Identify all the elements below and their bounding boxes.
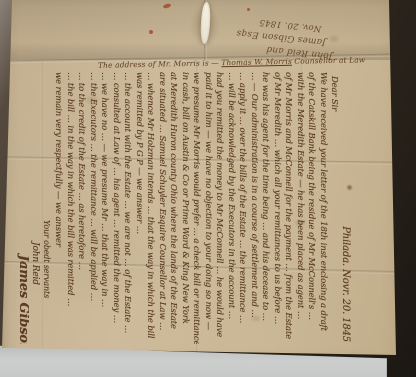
letter-photograph: John Reid and James Gibson Esqs Nov. 20.…: [0, 0, 416, 377]
body-line: … apply it … over the bills of the Estat…: [236, 72, 248, 344]
body-line: … the bill … in the way in which the bil…: [64, 72, 76, 344]
body-line: we remain very respectfully — we answer: [52, 72, 64, 344]
body-line: We have received your letter of the 18th…: [317, 72, 329, 344]
annotation-suffix: Counsellor at Law: [292, 55, 366, 66]
body-line: … consulted at Law of … his agent … remi…: [110, 72, 122, 344]
body-line: … whence Mr Holzman intends … that the w…: [144, 72, 156, 344]
letter-paper: John Reid and James Gibson Esqs Nov. 20.…: [0, 0, 416, 377]
body-line: had you remitted the money to Mr McConne…: [213, 72, 225, 344]
body-line: of Mr Meredith … which all your remittan…: [271, 72, 283, 344]
annotation-name: Thomas W. Morris: [221, 57, 292, 67]
body-line: … to the credit of the Estate … as heret…: [75, 72, 87, 344]
dateline: Philada. Novr. 20. 1845: [340, 72, 352, 344]
signature: James Gibson: [18, 72, 30, 344]
body-line: … the account with the Estate … we are n…: [121, 72, 133, 344]
wax-speck: [149, 30, 153, 34]
body-line: was remitted by P G P — we answer …: [133, 72, 145, 344]
annotation-prefix: The address of Mr. Morris is —: [98, 58, 222, 70]
salutation: Dear Sir: [328, 72, 340, 344]
body-line: … will be acknowledged by the Executors …: [225, 72, 237, 344]
body-line: in cash, bill on Austin & Co or Prime Wa…: [179, 72, 191, 344]
body-line: we presume Mr Morris would prefer … a ch…: [190, 72, 202, 344]
body-line: are situated … Samuel Schuyler Esquire C…: [156, 72, 168, 344]
body-line: of the Catskill Bank being the residue o…: [305, 72, 317, 344]
body-line: paid it to him — we have no objection to…: [202, 72, 214, 344]
body-line: … the Executors … the remittance … will …: [87, 72, 99, 344]
body-line: with the Meredith Estate — he has been p…: [294, 72, 306, 344]
body-line: of Mr Morris and McConnell for the payme…: [282, 72, 294, 344]
letter-body: Philada. Novr. 20. 1845 Dear Sir We have…: [15, 72, 351, 344]
body-line: … — Our administration is in a course of…: [248, 72, 260, 344]
closing: Your obedt servants: [41, 72, 53, 344]
body-line: at Meredith Huron county Ohio where the …: [167, 72, 179, 344]
body-line: he was his agent for the time being … an…: [259, 72, 271, 344]
signature: John Reid: [29, 72, 41, 344]
body-line: … we have no … — we presume Mr … that th…: [98, 72, 110, 344]
